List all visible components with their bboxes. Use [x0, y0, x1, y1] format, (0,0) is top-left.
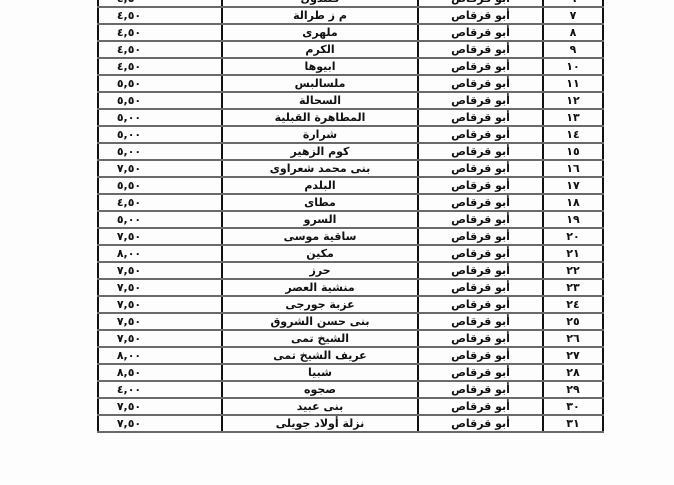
rate-value-text: ٤,٥٠	[117, 195, 141, 210]
scanned-document-page: ٦أبو قرقاصقلندول٤,٥٠٧أبو قرقاصم ز طرالة٤…	[0, 0, 674, 485]
rate-value-text: ٧,٥٠	[117, 263, 141, 278]
row-number-cell: ٨	[543, 24, 603, 41]
center-name-cell: أبو قرقاص	[418, 41, 543, 58]
center-name-cell: أبو قرقاص	[418, 245, 543, 262]
center-name-text: أبو قرقاص	[451, 416, 510, 431]
table-body: ٦أبو قرقاصقلندول٤,٥٠٧أبو قرقاصم ز طرالة٤…	[98, 0, 603, 432]
table-row: ٣١أبو قرقاصنزلة أولاد جويلى٧,٥٠	[98, 415, 603, 432]
row-number-cell: ٢٩	[543, 381, 603, 398]
village-name-cell: شرارة	[222, 126, 418, 143]
rate-value-cell: ٧,٥٠	[98, 330, 222, 347]
village-name-text: ملسالبس	[295, 76, 346, 91]
village-name-text: ساقية موسى	[284, 229, 357, 244]
table-row: ١٥أبو قرقاصكوم الزهير٥,٠٠	[98, 143, 603, 160]
row-number-cell: ٣١	[543, 415, 603, 432]
village-name-text: ملهرى	[302, 25, 338, 40]
table-row: ٧أبو قرقاصم ز طرالة٤,٥٠	[98, 7, 603, 24]
center-name-cell: أبو قرقاص	[418, 126, 543, 143]
village-name-text: بنى محمد شعراوى	[270, 161, 370, 176]
village-name-cell: صجوه	[222, 381, 418, 398]
village-name-text: السحالة	[299, 93, 341, 108]
rate-value-cell: ٥,٥٠	[98, 75, 222, 92]
rate-value-text: ٥,٠٠	[117, 110, 141, 125]
center-name-cell: أبو قرقاص	[418, 347, 543, 364]
center-name-text: أبو قرقاص	[451, 297, 510, 312]
rate-value-text: ٨,٠٠	[117, 246, 141, 261]
row-number-cell: ١٣	[543, 109, 603, 126]
center-name-text: أبو قرقاص	[451, 365, 510, 380]
village-name-cell: كوم الزهير	[222, 143, 418, 160]
village-name-cell: عريف الشيخ تمى	[222, 347, 418, 364]
village-name-cell: مطاى	[222, 194, 418, 211]
center-name-cell: أبو قرقاص	[418, 92, 543, 109]
rate-value-text: ٥,٠٠	[117, 212, 141, 227]
row-number-text: ٢٥	[566, 315, 579, 328]
row-number-cell: ١٥	[543, 143, 603, 160]
village-name-cell: منشية العصر	[222, 279, 418, 296]
center-name-text: أبو قرقاص	[451, 110, 510, 125]
rate-value-text: ٧,٥٠	[117, 297, 141, 312]
table-row: ٢٠أبو قرقاصساقية موسى٧,٥٠	[98, 228, 603, 245]
table-row: ٢٩أبو قرقاصصجوه٤,٠٠	[98, 381, 603, 398]
row-number-text: ١٥	[566, 145, 579, 158]
village-name-text: المطاهرة القبلية	[275, 110, 366, 125]
village-name-text: البلدم	[304, 178, 335, 193]
center-name-cell: أبو قرقاص	[418, 398, 543, 415]
center-name-cell: أبو قرقاص	[418, 7, 543, 24]
center-name-text: أبو قرقاص	[451, 59, 510, 74]
center-name-text: أبو قرقاص	[451, 8, 510, 23]
table-row: ١١أبو قرقاصملسالبس٥,٥٠	[98, 75, 603, 92]
row-number-text: ١١	[566, 77, 579, 90]
center-name-text: أبو قرقاص	[451, 280, 510, 295]
village-name-cell: م ز طرالة	[222, 7, 418, 24]
row-number-cell: ٦	[543, 0, 603, 7]
rate-value-cell: ٧,٥٠	[98, 398, 222, 415]
center-name-cell: أبو قرقاص	[418, 58, 543, 75]
rate-value-cell: ٧,٥٠	[98, 279, 222, 296]
row-number-text: ١٣	[566, 111, 579, 124]
row-number-cell: ١٢	[543, 92, 603, 109]
row-number-text: ٨	[570, 26, 577, 39]
village-name-cell: السرو	[222, 211, 418, 228]
row-number-cell: ٧	[543, 7, 603, 24]
village-name-text: السرو	[304, 212, 337, 227]
table-row: ٢١أبو قرقاصمكين٨,٠٠	[98, 245, 603, 262]
center-name-cell: أبو قرقاص	[418, 24, 543, 41]
rate-value-cell: ٤,٥٠	[98, 58, 222, 75]
row-number-cell: ٣٠	[543, 398, 603, 415]
rate-value-text: ٤,٥٠	[117, 25, 141, 40]
center-name-cell: أبو قرقاص	[418, 0, 543, 7]
rate-value-text: ٧,٥٠	[117, 416, 141, 431]
row-number-cell: ٢٨	[543, 364, 603, 381]
rate-value-text: ٤,٥٠	[117, 59, 141, 74]
row-number-text: ٣٠	[566, 400, 579, 413]
rate-value-cell: ٧,٥٠	[98, 415, 222, 432]
table-row: ١٤أبو قرقاصشرارة٥,٠٠	[98, 126, 603, 143]
center-name-text: أبو قرقاص	[451, 195, 510, 210]
rate-value-cell: ٤,٥٠	[98, 41, 222, 58]
center-name-text: أبو قرقاص	[451, 212, 510, 227]
center-name-cell: أبو قرقاص	[418, 109, 543, 126]
village-name-cell: بنى محمد شعراوى	[222, 160, 418, 177]
row-number-cell: ١١	[543, 75, 603, 92]
rate-value-cell: ٥,٠٠	[98, 109, 222, 126]
center-name-text: أبو قرقاص	[451, 382, 510, 397]
village-name-text: م ز طرالة	[293, 8, 347, 23]
row-number-text: ١٠	[566, 60, 579, 73]
rate-value-cell: ٥,٠٠	[98, 143, 222, 160]
table-row: ١٨أبو قرقاصمطاى٤,٥٠	[98, 194, 603, 211]
village-name-text: بنى عبيد	[297, 399, 343, 414]
row-number-cell: ٢٣	[543, 279, 603, 296]
row-number-cell: ٢٤	[543, 296, 603, 313]
village-name-cell: ساقية موسى	[222, 228, 418, 245]
row-number-text: ١٧	[566, 179, 579, 192]
row-number-cell: ٢٠	[543, 228, 603, 245]
center-name-text: أبو قرقاص	[451, 144, 510, 159]
rate-value-text: ٤,٥٠	[117, 42, 141, 57]
table-row: ٦أبو قرقاصقلندول٤,٥٠	[98, 0, 603, 7]
center-name-cell: أبو قرقاص	[418, 330, 543, 347]
rate-value-cell: ٥,٥٠	[98, 177, 222, 194]
village-name-text: كوم الزهير	[291, 144, 350, 159]
village-name-text: بنى حسن الشروق	[270, 314, 369, 329]
row-number-text: ٧	[570, 9, 577, 22]
center-name-cell: أبو قرقاص	[418, 211, 543, 228]
table-row: ٢٣أبو قرقاصمنشية العصر٧,٥٠	[98, 279, 603, 296]
rate-value-cell: ٧,٥٠	[98, 313, 222, 330]
rate-value-text: ٧,٥٠	[117, 280, 141, 295]
row-number-text: ٢١	[566, 247, 579, 260]
center-name-text: أبو قرقاص	[451, 263, 510, 278]
row-number-text: ٢٩	[566, 383, 579, 396]
table-row: ١٦أبو قرقاصبنى محمد شعراوى٧,٥٠	[98, 160, 603, 177]
rate-value-cell: ٥,٥٠	[98, 92, 222, 109]
center-name-cell: أبو قرقاص	[418, 262, 543, 279]
center-name-cell: أبو قرقاص	[418, 381, 543, 398]
rate-value-cell: ٤,٥٠	[98, 7, 222, 24]
rate-value-cell: ٥,٠٠	[98, 126, 222, 143]
center-name-text: أبو قرقاص	[451, 42, 510, 57]
village-name-text: صجوه	[304, 382, 336, 397]
row-number-cell: ١٨	[543, 194, 603, 211]
row-number-cell: ١٩	[543, 211, 603, 228]
village-name-cell: ابيوها	[222, 58, 418, 75]
village-name-text: عزبة جورجى	[285, 297, 354, 312]
table-row: ٢٦أبو قرقاصالشيخ تمى٧,٥٠	[98, 330, 603, 347]
rate-value-text: ٤,٥٠	[117, 0, 141, 6]
row-number-text: ٢٨	[566, 366, 579, 379]
row-number-text: ١٩	[566, 213, 579, 226]
center-name-text: أبو قرقاص	[451, 314, 510, 329]
village-name-cell: الكرم	[222, 41, 418, 58]
village-name-text: الكرم	[305, 42, 334, 57]
row-number-text: ٢٧	[566, 349, 579, 362]
rate-value-cell: ٧,٥٠	[98, 228, 222, 245]
rate-value-text: ٤,٥٠	[117, 8, 141, 23]
row-number-text: ٢٦	[566, 332, 579, 345]
rate-value-text: ٥,٠٠	[117, 144, 141, 159]
rate-value-text: ٧,٥٠	[117, 229, 141, 244]
rate-value-cell: ٤,٥٠	[98, 194, 222, 211]
village-name-text: نزلة أولاد جويلى	[276, 416, 364, 431]
row-number-cell: ١٧	[543, 177, 603, 194]
village-name-cell: شبيا	[222, 364, 418, 381]
village-name-text: الشيخ تمى	[291, 331, 349, 346]
center-name-text: أبو قرقاص	[451, 348, 510, 363]
center-name-cell: أبو قرقاص	[418, 160, 543, 177]
center-name-text: أبو قرقاص	[451, 161, 510, 176]
row-number-cell: ٩	[543, 41, 603, 58]
row-number-cell: ٢٢	[543, 262, 603, 279]
row-number-text: ٩	[570, 43, 577, 56]
village-rates-table: ٦أبو قرقاصقلندول٤,٥٠٧أبو قرقاصم ز طرالة٤…	[97, 0, 604, 433]
row-number-cell: ٢٥	[543, 313, 603, 330]
center-name-text: أبو قرقاص	[451, 76, 510, 91]
center-name-text: أبو قرقاص	[451, 93, 510, 108]
village-name-cell: عزبة جورجى	[222, 296, 418, 313]
rate-value-cell: ٤,٥٠	[98, 24, 222, 41]
table-row: ٣٠أبو قرقاصبنى عبيد٧,٥٠	[98, 398, 603, 415]
rate-value-cell: ٧,٥٠	[98, 262, 222, 279]
village-name-text: شبيا	[308, 365, 332, 380]
rate-value-text: ٤,٠٠	[117, 382, 141, 397]
row-number-cell: ٢١	[543, 245, 603, 262]
rate-value-cell: ٤,٥٠	[98, 0, 222, 7]
table-row: ٨أبو قرقاصملهرى٤,٥٠	[98, 24, 603, 41]
village-name-cell: حرز	[222, 262, 418, 279]
center-name-cell: أبو قرقاص	[418, 75, 543, 92]
row-number-text: ١٢	[566, 94, 579, 107]
rate-value-cell: ٤,٠٠	[98, 381, 222, 398]
rate-value-text: ٧,٥٠	[117, 399, 141, 414]
village-name-text: منشية العصر	[285, 280, 354, 295]
table-row: ٢٤أبو قرقاصعزبة جورجى٧,٥٠	[98, 296, 603, 313]
center-name-text: أبو قرقاص	[451, 0, 510, 6]
table-row: ٢٧أبو قرقاصعريف الشيخ تمى٨,٠٠	[98, 347, 603, 364]
center-name-cell: أبو قرقاص	[418, 415, 543, 432]
row-number-text: ٢٢	[566, 264, 579, 277]
rate-value-cell: ٥,٠٠	[98, 211, 222, 228]
row-number-text: ١٦	[566, 162, 579, 175]
rate-value-cell: ٨,٠٠	[98, 347, 222, 364]
village-name-cell: ملهرى	[222, 24, 418, 41]
center-name-text: أبو قرقاص	[451, 229, 510, 244]
center-name-cell: أبو قرقاص	[418, 313, 543, 330]
center-name-text: أبو قرقاص	[451, 246, 510, 261]
row-number-cell: ٢٦	[543, 330, 603, 347]
row-number-text: ٢٤	[566, 298, 579, 311]
rate-value-text: ٥,٥٠	[117, 93, 141, 108]
center-name-cell: أبو قرقاص	[418, 364, 543, 381]
row-number-cell: ١٦	[543, 160, 603, 177]
rate-value-text: ٧,٥٠	[117, 314, 141, 329]
table-row: ١٩أبو قرقاصالسرو٥,٠٠	[98, 211, 603, 228]
village-name-cell: الشيخ تمى	[222, 330, 418, 347]
village-name-cell: نزلة أولاد جويلى	[222, 415, 418, 432]
village-name-text: عريف الشيخ تمى	[273, 348, 366, 363]
table-row: ١٠أبو قرقاصابيوها٤,٥٠	[98, 58, 603, 75]
table-row: ٢٨أبو قرقاصشبيا٨,٥٠	[98, 364, 603, 381]
village-name-text: ابيوها	[304, 59, 335, 74]
row-number-text: ٦	[570, 0, 577, 5]
village-name-cell: ملسالبس	[222, 75, 418, 92]
village-name-text: شرارة	[303, 127, 337, 142]
center-name-cell: أبو قرقاص	[418, 143, 543, 160]
rate-value-cell: ٧,٥٠	[98, 296, 222, 313]
row-number-text: ٢٠	[566, 230, 579, 243]
row-number-text: ٣١	[566, 417, 579, 430]
village-name-cell: المطاهرة القبلية	[222, 109, 418, 126]
rate-value-text: ٥,٠٠	[117, 127, 141, 142]
table-row: ٢٥أبو قرقاصبنى حسن الشروق٧,٥٠	[98, 313, 603, 330]
row-number-text: ١٤	[566, 128, 579, 141]
village-name-cell: قلندول	[222, 0, 418, 7]
rate-value-text: ٥,٥٠	[117, 76, 141, 91]
table-row: ١٢أبو قرقاصالسحالة٥,٥٠	[98, 92, 603, 109]
rate-value-cell: ٨,٠٠	[98, 245, 222, 262]
rate-value-text: ٥,٥٠	[117, 178, 141, 193]
rate-value-text: ٨,٥٠	[117, 365, 141, 380]
rate-value-cell: ٧,٥٠	[98, 160, 222, 177]
center-name-cell: أبو قرقاص	[418, 228, 543, 245]
village-name-text: قلندول	[301, 0, 340, 6]
center-name-cell: أبو قرقاص	[418, 177, 543, 194]
center-name-text: أبو قرقاص	[451, 178, 510, 193]
center-name-text: أبو قرقاص	[451, 399, 510, 414]
center-name-cell: أبو قرقاص	[418, 194, 543, 211]
village-name-cell: مكين	[222, 245, 418, 262]
village-name-cell: بنى عبيد	[222, 398, 418, 415]
rate-value-text: ٧,٥٠	[117, 331, 141, 346]
center-name-text: أبو قرقاص	[451, 127, 510, 142]
row-number-text: ٢٣	[566, 281, 579, 294]
rate-value-text: ٨,٠٠	[117, 348, 141, 363]
rate-value-text: ٧,٥٠	[117, 161, 141, 176]
rate-value-cell: ٨,٥٠	[98, 364, 222, 381]
row-number-text: ١٨	[566, 196, 579, 209]
village-name-cell: بنى حسن الشروق	[222, 313, 418, 330]
row-number-cell: ١٤	[543, 126, 603, 143]
center-name-text: أبو قرقاص	[451, 331, 510, 346]
row-number-cell: ٢٧	[543, 347, 603, 364]
row-number-cell: ١٠	[543, 58, 603, 75]
table-row: ١٧أبو قرقاصالبلدم٥,٥٠	[98, 177, 603, 194]
village-name-text: حرز	[309, 263, 330, 278]
table-row: ١٣أبو قرقاصالمطاهرة القبلية٥,٠٠	[98, 109, 603, 126]
village-name-cell: السحالة	[222, 92, 418, 109]
village-name-text: مكين	[306, 246, 334, 261]
center-name-text: أبو قرقاص	[451, 25, 510, 40]
village-name-text: مطاى	[304, 195, 336, 210]
center-name-cell: أبو قرقاص	[418, 279, 543, 296]
table-row: ٢٢أبو قرقاصحرز٧,٥٠	[98, 262, 603, 279]
table-row: ٩أبو قرقاصالكرم٤,٥٠	[98, 41, 603, 58]
center-name-cell: أبو قرقاص	[418, 296, 543, 313]
village-name-cell: البلدم	[222, 177, 418, 194]
